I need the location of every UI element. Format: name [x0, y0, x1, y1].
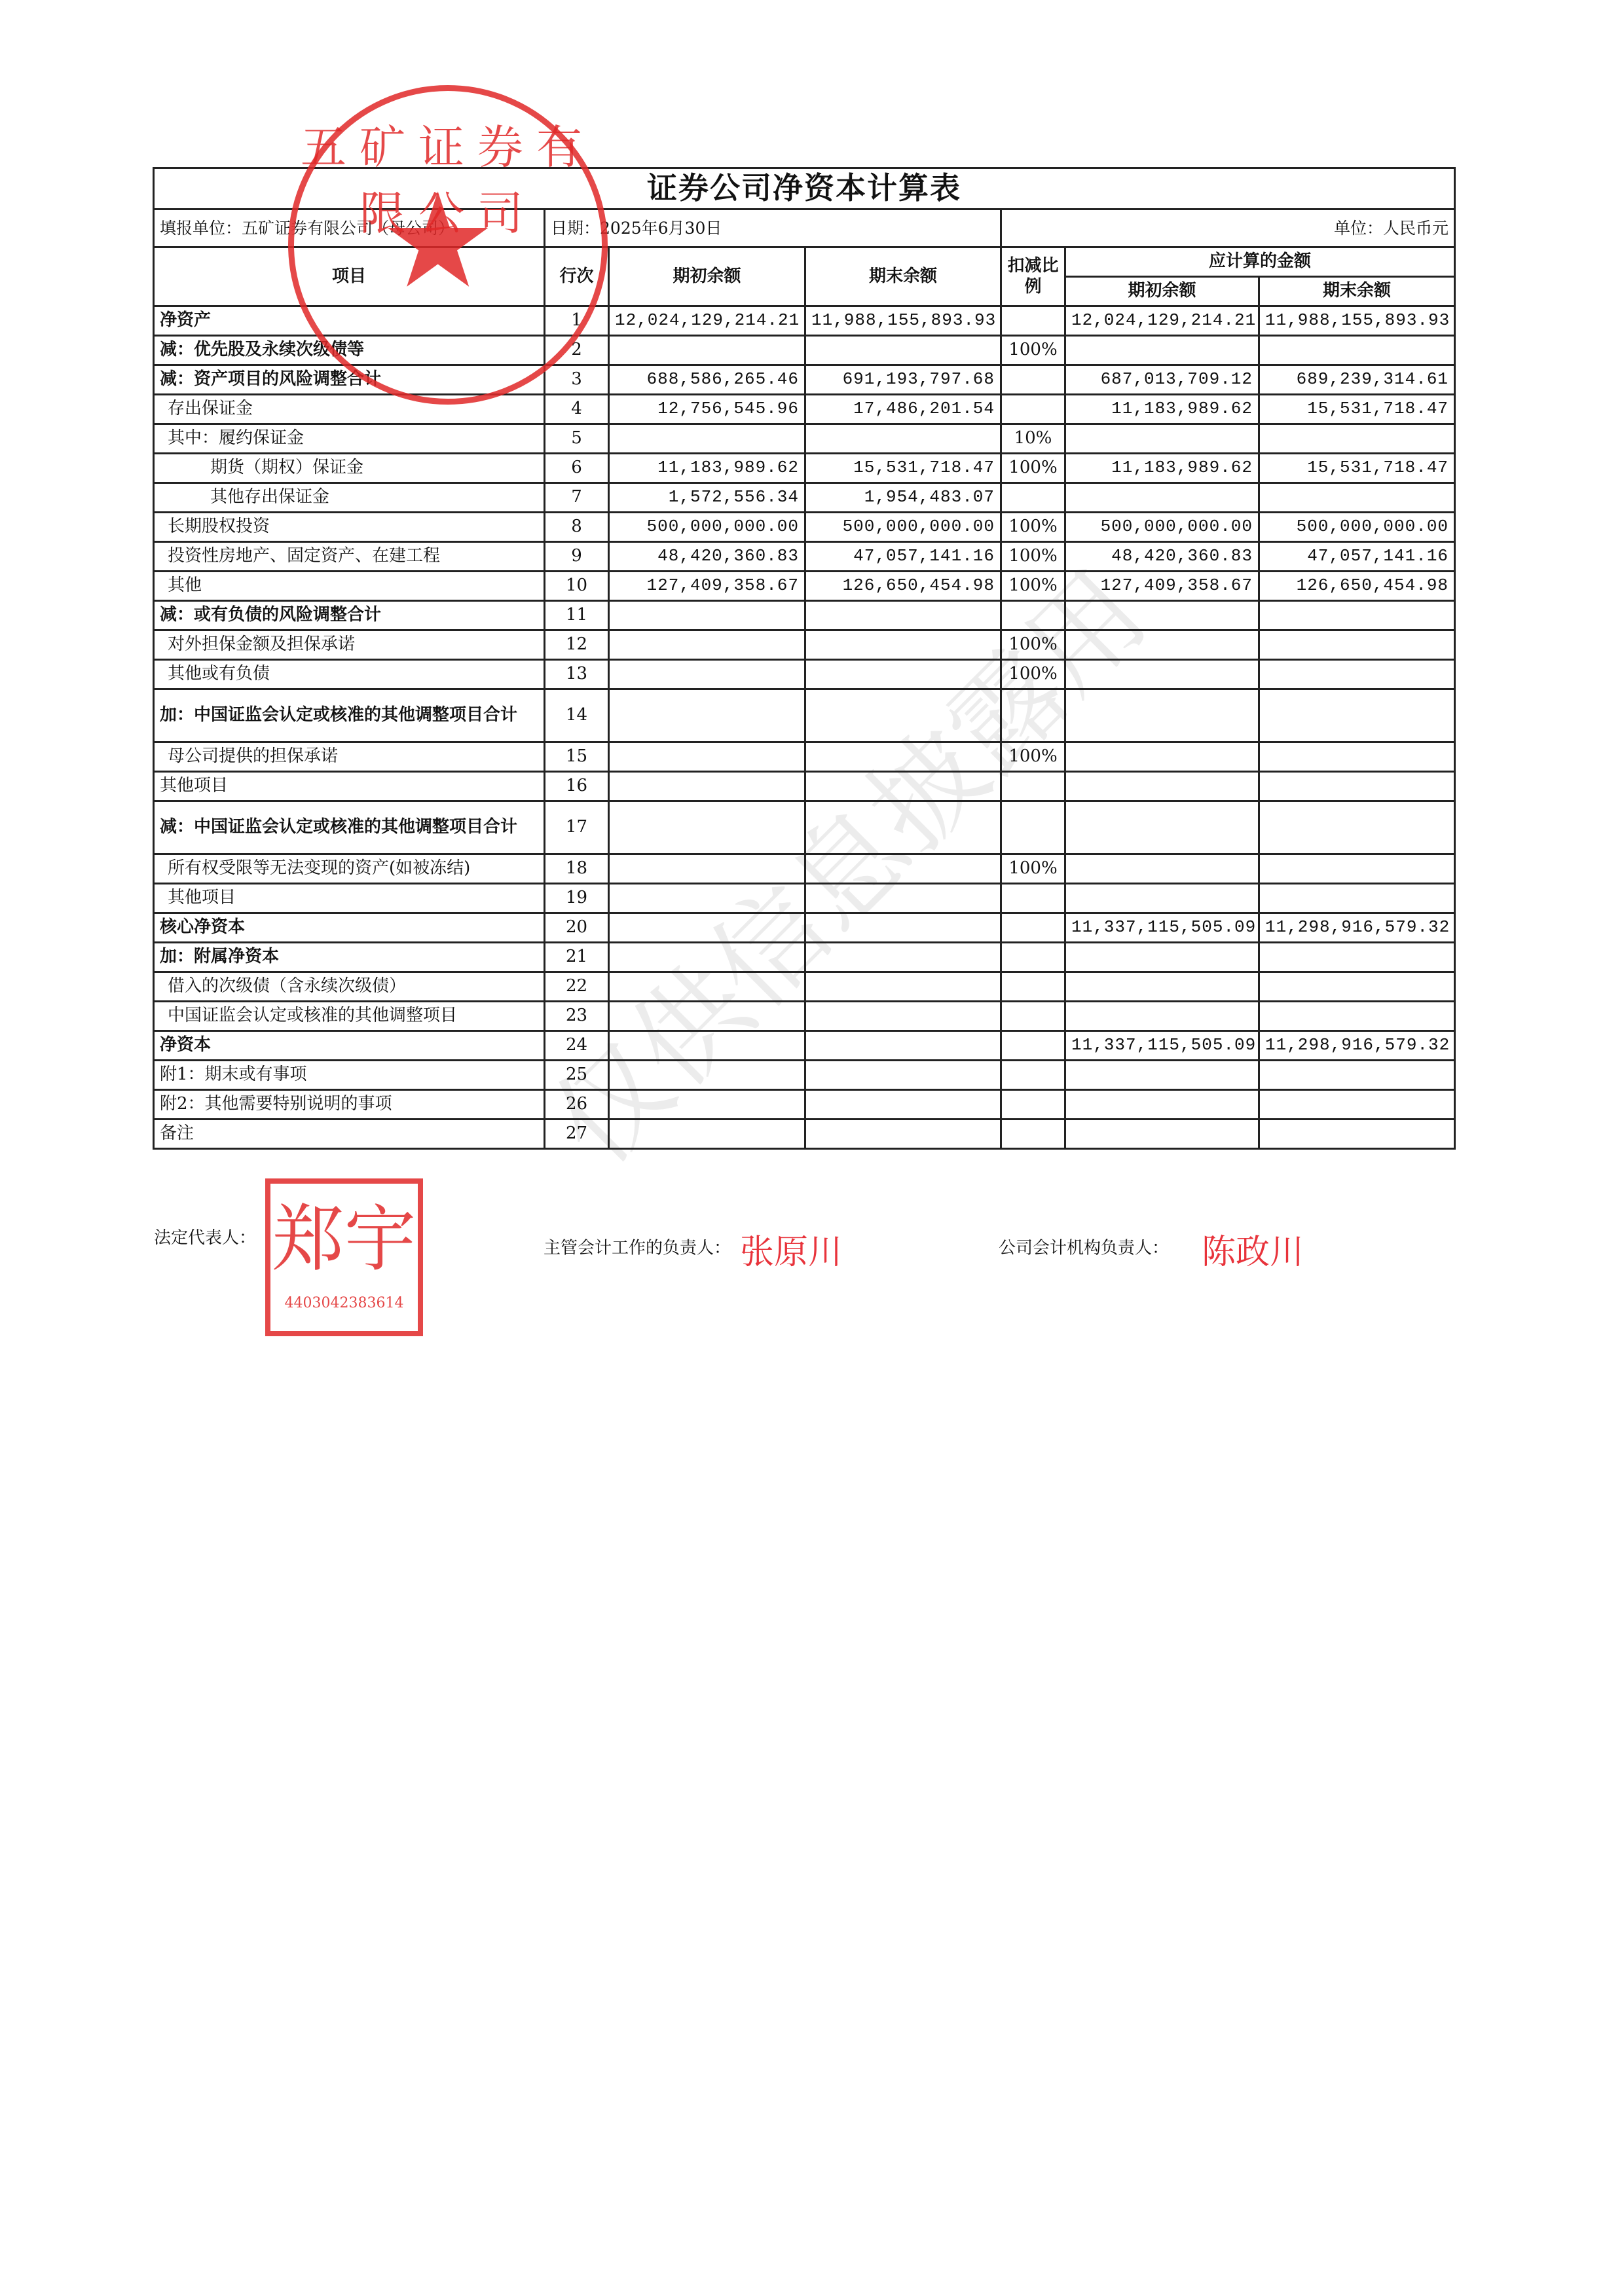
- deduction-ratio: [1001, 972, 1065, 1002]
- computed-closing: [1259, 630, 1455, 660]
- deduction-ratio: [1001, 1002, 1065, 1031]
- row-number: 23: [545, 1002, 609, 1031]
- row-item: 减：中国证监会认定或核准的其他调整项目合计: [154, 801, 545, 854]
- row-item: 核心净资本: [154, 913, 545, 943]
- table-row: 核心净资本2011,337,115,505.0911,298,916,579.3…: [154, 913, 1455, 943]
- row-item: 借入的次级债（含永续次级债）: [154, 972, 545, 1002]
- row-number: 7: [545, 483, 609, 513]
- report-date: 日期：2025年6月30日: [545, 210, 1001, 247]
- row-number: 14: [545, 689, 609, 742]
- computed-closing: [1259, 1120, 1455, 1149]
- table-row: 对外担保金额及担保承诺12100%: [154, 630, 1455, 660]
- computed-opening: [1065, 660, 1259, 689]
- computed-opening: [1065, 689, 1259, 742]
- seal-name: 郑宇: [270, 1184, 418, 1295]
- deduction-ratio: [1001, 801, 1065, 854]
- opening-balance: 1,572,556.34: [609, 483, 805, 513]
- opening-balance: [609, 943, 805, 972]
- opening-balance: [609, 742, 805, 772]
- legal-rep-seal: 郑宇 4403042383614: [265, 1178, 423, 1336]
- accounting-dept-head: 公司会计机构负责人：陈政川: [999, 1224, 1304, 1273]
- closing-balance: [805, 854, 1001, 884]
- deduction-ratio: 100%: [1001, 742, 1065, 772]
- row-number: 11: [545, 601, 609, 630]
- opening-balance: [609, 972, 805, 1002]
- table-body: 净资产112,024,129,214.2111,988,155,893.9312…: [154, 306, 1455, 1149]
- row-number: 10: [545, 572, 609, 601]
- closing-balance: [805, 424, 1001, 454]
- computed-closing: 126,650,454.98: [1259, 572, 1455, 601]
- header-opening: 期初余额: [609, 247, 805, 306]
- closing-balance: [805, 660, 1001, 689]
- deduction-ratio: [1001, 913, 1065, 943]
- deduction-ratio: [1001, 689, 1065, 742]
- closing-balance: [805, 1031, 1001, 1061]
- computed-opening: 500,000,000.00: [1065, 513, 1259, 542]
- computed-closing: 11,988,155,893.93: [1259, 306, 1455, 336]
- row-number: 8: [545, 513, 609, 542]
- accounting-head: 主管会计工作的负责人：张原川: [544, 1224, 842, 1273]
- computed-opening: [1065, 630, 1259, 660]
- closing-balance: 15,531,718.47: [805, 454, 1001, 483]
- accounting-head-signature: 张原川: [740, 1233, 842, 1272]
- table-row: 期货（期权）保证金611,183,989.6215,531,718.47100%…: [154, 454, 1455, 483]
- table-row: 其他或有负债13100%: [154, 660, 1455, 689]
- table-row: 净资本2411,337,115,505.0911,298,916,579.32: [154, 1031, 1455, 1061]
- row-item: 减：资产项目的风险调整合计: [154, 365, 545, 395]
- computed-closing: [1259, 483, 1455, 513]
- deduction-ratio: [1001, 306, 1065, 336]
- computed-opening: [1065, 1061, 1259, 1090]
- net-capital-table: 证券公司净资本计算表 填报单位：五矿证券有限公司（母公司） 日期：2025年6月…: [153, 167, 1456, 1150]
- row-number: 17: [545, 801, 609, 854]
- reporting-entity: 填报单位：五矿证券有限公司（母公司）: [154, 210, 545, 247]
- table-row: 其中：履约保证金510%: [154, 424, 1455, 454]
- legal-representative: 法定代表人：: [154, 1224, 256, 1248]
- row-item: 其他项目: [154, 772, 545, 801]
- opening-balance: [609, 660, 805, 689]
- row-number: 24: [545, 1031, 609, 1061]
- closing-balance: [805, 1002, 1001, 1031]
- row-number: 16: [545, 772, 609, 801]
- computed-closing: [1259, 601, 1455, 630]
- row-number: 15: [545, 742, 609, 772]
- computed-opening: [1065, 601, 1259, 630]
- closing-balance: [805, 742, 1001, 772]
- closing-balance: 500,000,000.00: [805, 513, 1001, 542]
- computed-closing: [1259, 772, 1455, 801]
- row-number: 6: [545, 454, 609, 483]
- computed-closing: 500,000,000.00: [1259, 513, 1455, 542]
- closing-balance: [805, 772, 1001, 801]
- closing-balance: 11,988,155,893.93: [805, 306, 1001, 336]
- deduction-ratio: [1001, 772, 1065, 801]
- computed-closing: [1259, 943, 1455, 972]
- closing-balance: 17,486,201.54: [805, 395, 1001, 424]
- currency-unit: 单位：人民币元: [1001, 210, 1455, 247]
- closing-balance: [805, 689, 1001, 742]
- row-number: 18: [545, 854, 609, 884]
- opening-balance: [609, 772, 805, 801]
- computed-closing: [1259, 742, 1455, 772]
- opening-balance: [609, 630, 805, 660]
- opening-balance: [609, 913, 805, 943]
- row-item: 其中：履约保证金: [154, 424, 545, 454]
- row-item: 附2：其他需要特别说明的事项: [154, 1090, 545, 1120]
- opening-balance: [609, 601, 805, 630]
- deduction-ratio: 100%: [1001, 336, 1065, 365]
- computed-opening: [1065, 884, 1259, 913]
- closing-balance: [805, 972, 1001, 1002]
- table-row: 长期股权投资8500,000,000.00500,000,000.00100%5…: [154, 513, 1455, 542]
- computed-opening: [1065, 742, 1259, 772]
- computed-closing: [1259, 854, 1455, 884]
- row-number: 26: [545, 1090, 609, 1120]
- computed-opening: [1065, 1120, 1259, 1149]
- deduction-ratio: [1001, 884, 1065, 913]
- row-item: 其他或有负债: [154, 660, 545, 689]
- computed-opening: 127,409,358.67: [1065, 572, 1259, 601]
- row-number: 19: [545, 884, 609, 913]
- opening-balance: [609, 801, 805, 854]
- computed-closing: [1259, 689, 1455, 742]
- computed-opening: [1065, 336, 1259, 365]
- computed-opening: 687,013,709.12: [1065, 365, 1259, 395]
- opening-balance: 11,183,989.62: [609, 454, 805, 483]
- table-row: 减：优先股及永续次级债等2100%: [154, 336, 1455, 365]
- closing-balance: [805, 884, 1001, 913]
- opening-balance: [609, 1002, 805, 1031]
- computed-closing: [1259, 1061, 1455, 1090]
- opening-balance: 688,586,265.46: [609, 365, 805, 395]
- row-item: 其他存出保证金: [154, 483, 545, 513]
- table-row: 母公司提供的担保承诺15100%: [154, 742, 1455, 772]
- table-row: 投资性房地产、固定资产、在建工程948,420,360.8347,057,141…: [154, 542, 1455, 572]
- closing-balance: [805, 1061, 1001, 1090]
- deduction-ratio: 100%: [1001, 513, 1065, 542]
- table-row: 其他存出保证金71,572,556.341,954,483.07: [154, 483, 1455, 513]
- deduction-ratio: [1001, 943, 1065, 972]
- row-item: 加：中国证监会认定或核准的其他调整项目合计: [154, 689, 545, 742]
- computed-opening: 11,183,989.62: [1065, 395, 1259, 424]
- row-item: 其他: [154, 572, 545, 601]
- computed-closing: [1259, 1090, 1455, 1120]
- computed-opening: [1065, 772, 1259, 801]
- computed-opening: [1065, 424, 1259, 454]
- closing-balance: [805, 1120, 1001, 1149]
- deduction-ratio: 100%: [1001, 854, 1065, 884]
- table-row: 减：或有负债的风险调整合计11: [154, 601, 1455, 630]
- deduction-ratio: 100%: [1001, 572, 1065, 601]
- row-number: 5: [545, 424, 609, 454]
- row-number: 4: [545, 395, 609, 424]
- header-item: 项目: [154, 247, 545, 306]
- table-row: 减：中国证监会认定或核准的其他调整项目合计17: [154, 801, 1455, 854]
- computed-opening: [1065, 854, 1259, 884]
- deduction-ratio: [1001, 365, 1065, 395]
- row-number: 25: [545, 1061, 609, 1090]
- computed-opening: [1065, 483, 1259, 513]
- closing-balance: [805, 601, 1001, 630]
- row-item: 所有权受限等无法变现的资产(如被冻结): [154, 854, 545, 884]
- opening-balance: [609, 1061, 805, 1090]
- header-computed-group: 应计算的金额: [1065, 247, 1455, 277]
- table-row: 中国证监会认定或核准的其他调整项目23: [154, 1002, 1455, 1031]
- opening-balance: 500,000,000.00: [609, 513, 805, 542]
- closing-balance: [805, 913, 1001, 943]
- table-row: 存出保证金412,756,545.9617,486,201.5411,183,9…: [154, 395, 1455, 424]
- row-item: 存出保证金: [154, 395, 545, 424]
- opening-balance: 127,409,358.67: [609, 572, 805, 601]
- row-item: 净资产: [154, 306, 545, 336]
- row-number: 20: [545, 913, 609, 943]
- seal-code: 4403042383614: [270, 1295, 418, 1311]
- table-row: 其他项目16: [154, 772, 1455, 801]
- net-capital-table-container: 证券公司净资本计算表 填报单位：五矿证券有限公司（母公司） 日期：2025年6月…: [153, 167, 1454, 1150]
- row-item: 长期股权投资: [154, 513, 545, 542]
- row-item: 加：附属净资本: [154, 943, 545, 972]
- computed-closing: [1259, 424, 1455, 454]
- computed-closing: [1259, 660, 1455, 689]
- table-row: 其他项目19: [154, 884, 1455, 913]
- header-computed-opening: 期初余额: [1065, 277, 1259, 306]
- deduction-ratio: 100%: [1001, 660, 1065, 689]
- deduction-ratio: 10%: [1001, 424, 1065, 454]
- row-item: 期货（期权）保证金: [154, 454, 545, 483]
- computed-closing: 11,298,916,579.32: [1259, 913, 1455, 943]
- computed-opening: [1065, 1090, 1259, 1120]
- opening-balance: [609, 689, 805, 742]
- deduction-ratio: [1001, 1120, 1065, 1149]
- table-row: 借入的次级债（含永续次级债）22: [154, 972, 1455, 1002]
- row-number: 1: [545, 306, 609, 336]
- computed-closing: [1259, 1002, 1455, 1031]
- computed-opening: [1065, 972, 1259, 1002]
- closing-balance: [805, 801, 1001, 854]
- row-item: 中国证监会认定或核准的其他调整项目: [154, 1002, 545, 1031]
- deduction-ratio: 100%: [1001, 630, 1065, 660]
- opening-balance: [609, 424, 805, 454]
- opening-balance: 48,420,360.83: [609, 542, 805, 572]
- computed-closing: [1259, 801, 1455, 854]
- row-item: 附1：期末或有事项: [154, 1061, 545, 1090]
- row-item: 减：优先股及永续次级债等: [154, 336, 545, 365]
- table-row: 所有权受限等无法变现的资产(如被冻结)18100%: [154, 854, 1455, 884]
- closing-balance: 1,954,483.07: [805, 483, 1001, 513]
- computed-closing: [1259, 972, 1455, 1002]
- computed-opening: [1065, 943, 1259, 972]
- opening-balance: [609, 884, 805, 913]
- row-item: 备注: [154, 1120, 545, 1149]
- deduction-ratio: 100%: [1001, 454, 1065, 483]
- opening-balance: [609, 1031, 805, 1061]
- deduction-ratio: 100%: [1001, 542, 1065, 572]
- computed-closing: 689,239,314.61: [1259, 365, 1455, 395]
- computed-closing: 15,531,718.47: [1259, 454, 1455, 483]
- row-item: 母公司提供的担保承诺: [154, 742, 545, 772]
- table-row: 附2：其他需要特别说明的事项26: [154, 1090, 1455, 1120]
- opening-balance: [609, 854, 805, 884]
- computed-opening: 12,024,129,214.21: [1065, 306, 1259, 336]
- closing-balance: 126,650,454.98: [805, 572, 1001, 601]
- computed-opening: [1065, 801, 1259, 854]
- deduction-ratio: [1001, 395, 1065, 424]
- row-number: 27: [545, 1120, 609, 1149]
- deduction-ratio: [1001, 483, 1065, 513]
- deduction-ratio: [1001, 1061, 1065, 1090]
- computed-opening: 11,337,115,505.09: [1065, 913, 1259, 943]
- row-number: 12: [545, 630, 609, 660]
- table-row: 附1：期末或有事项25: [154, 1061, 1455, 1090]
- computed-closing: [1259, 884, 1455, 913]
- computed-closing: 47,057,141.16: [1259, 542, 1455, 572]
- row-item: 其他项目: [154, 884, 545, 913]
- closing-balance: 47,057,141.16: [805, 542, 1001, 572]
- deduction-ratio: [1001, 601, 1065, 630]
- deduction-ratio: [1001, 1031, 1065, 1061]
- opening-balance: [609, 336, 805, 365]
- opening-balance: [609, 1090, 805, 1120]
- row-number: 21: [545, 943, 609, 972]
- row-item: 减：或有负债的风险调整合计: [154, 601, 545, 630]
- computed-closing: 11,298,916,579.32: [1259, 1031, 1455, 1061]
- table-row: 净资产112,024,129,214.2111,988,155,893.9312…: [154, 306, 1455, 336]
- header-ratio: 扣减比例: [1001, 247, 1065, 306]
- row-number: 22: [545, 972, 609, 1002]
- row-number: 2: [545, 336, 609, 365]
- deduction-ratio: [1001, 1090, 1065, 1120]
- closing-balance: [805, 630, 1001, 660]
- computed-opening: [1065, 1002, 1259, 1031]
- computed-opening: 11,337,115,505.09: [1065, 1031, 1259, 1061]
- computed-opening: 48,420,360.83: [1065, 542, 1259, 572]
- header-closing: 期末余额: [805, 247, 1001, 306]
- computed-closing: [1259, 336, 1455, 365]
- row-item: 净资本: [154, 1031, 545, 1061]
- closing-balance: [805, 943, 1001, 972]
- page-title: 证券公司净资本计算表: [154, 168, 1455, 210]
- computed-closing: 15,531,718.47: [1259, 395, 1455, 424]
- opening-balance: [609, 1120, 805, 1149]
- row-item: 对外担保金额及担保承诺: [154, 630, 545, 660]
- closing-balance: [805, 1090, 1001, 1120]
- table-row: 备注27: [154, 1120, 1455, 1149]
- table-row: 加：中国证监会认定或核准的其他调整项目合计14: [154, 689, 1455, 742]
- closing-balance: 691,193,797.68: [805, 365, 1001, 395]
- opening-balance: 12,756,545.96: [609, 395, 805, 424]
- table-row: 加：附属净资本21: [154, 943, 1455, 972]
- header-row-no: 行次: [545, 247, 609, 306]
- header-computed-closing: 期末余额: [1259, 277, 1455, 306]
- table-row: 减：资产项目的风险调整合计3688,586,265.46691,193,797.…: [154, 365, 1455, 395]
- closing-balance: [805, 336, 1001, 365]
- row-number: 9: [545, 542, 609, 572]
- row-item: 投资性房地产、固定资产、在建工程: [154, 542, 545, 572]
- opening-balance: 12,024,129,214.21: [609, 306, 805, 336]
- table-row: 其他10127,409,358.67126,650,454.98100%127,…: [154, 572, 1455, 601]
- computed-opening: 11,183,989.62: [1065, 454, 1259, 483]
- accounting-dept-signature: 陈政川: [1202, 1233, 1304, 1272]
- row-number: 3: [545, 365, 609, 395]
- row-number: 13: [545, 660, 609, 689]
